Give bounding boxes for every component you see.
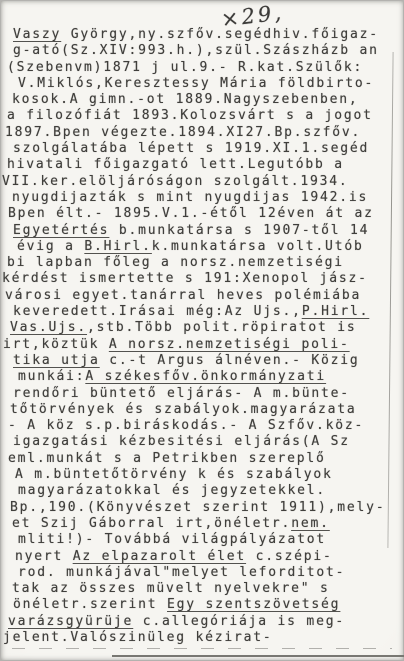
underlined-text: varázsgyürüje	[8, 614, 133, 629]
typewritten-line: eml.munkát s a Petrikben szereplő	[8, 451, 404, 467]
text-segment: bi lapban főleg a norsz.nemzetiségi	[7, 255, 344, 270]
text-segment: jelent.Valószinüleg kézirat-	[3, 630, 273, 645]
text-segment: eml.munkát s a Petrikben szereplő	[8, 451, 326, 466]
text-segment: ,stb.Több polit.röpiratot is	[87, 320, 357, 335]
typewritten-line: Egyetértés b.munkatársa s 1907-től 14	[13, 223, 404, 239]
typewritten-line: Vaszy György,ny.szfőv.segédhiv.főigaz-	[13, 27, 404, 43]
typewritten-line: igazgatási kézbesitési eljárás(A Sz	[13, 434, 404, 450]
text-segment: nyert	[15, 549, 73, 564]
typewritten-line: rendőri büntető eljárás- A m.bünte-	[13, 386, 404, 402]
typewritten-line: bi lapban főleg a norsz.nemzetiségi	[7, 255, 404, 271]
text-segment: irt,köztük	[3, 337, 109, 352]
scan-artifact-dashed-line	[12, 648, 392, 649]
underlined-text: Az elpazarolt élet	[73, 549, 246, 564]
typewritten-line: városi egyet.tanárral heves polémiába	[5, 288, 404, 304]
typewritten-line: nyugdijazták s mint nyugdijas 1942.is	[12, 190, 404, 206]
typewritten-line: Bpen élt.- 1895.V.1.-étől 12éven át az	[8, 206, 404, 222]
typewritten-line: g-ató(Sz.XIV:993.h.),szül.Szászházb an	[13, 43, 404, 59]
underlined-text: Vas.Ujs.	[10, 320, 87, 335]
text-segment: önéletr.szerint	[13, 597, 167, 612]
typewritten-line: tika utja c.-t Argus álnéven.- Közig	[13, 353, 404, 369]
text-segment: rendőri büntető eljárás- A m.bünte-	[13, 386, 350, 401]
typewritten-line: kérdést ismertette s 191:Xenopol jász-	[2, 271, 404, 287]
text-segment: tőtörvények és szabályok.magyarázata	[10, 402, 357, 417]
typewritten-line: (Szebenvm)1871 j ul.9.- R.kat.Szülők:	[7, 60, 404, 76]
underlined-text: A norsz.nemzetiségi poli-	[109, 337, 350, 352]
typewritten-line: magyarázatokkal és jegyzetekkel.	[18, 483, 404, 499]
underlined-text: Vaszy	[13, 27, 61, 42]
text-segment: c.allegóriája is meg-	[133, 614, 345, 629]
text-segment: 1897.Bpen végezte.1894.XI27.Bp.szfőv.	[5, 125, 361, 140]
text-segment: mliti!)- Továbbá világpályázatot	[18, 532, 326, 547]
text-segment: Bpen élt.- 1895.V.1.-étől 12éven át az	[8, 206, 374, 221]
text-segment: városi egyet.tanárral heves polémiába	[5, 288, 361, 303]
document-page: ×29, Vaszy György,ny.szfőv.segédhiv.főig…	[0, 0, 404, 661]
typewritten-line: irt,köztük A norsz.nemzetiségi poli-	[3, 337, 404, 353]
typewritten-line: jelent.Valószinüleg kézirat-	[3, 630, 404, 646]
text-segment: tak az összes müvelt nyelvekre" s	[12, 581, 330, 596]
text-segment: c.-t Argus álnéven.- Közig	[100, 353, 360, 368]
typewritten-text-block: Vaszy György,ny.szfőv.segédhiv.főigaz-g-…	[0, 27, 404, 646]
typewritten-line: et Szij Gáborral irt,önéletr.nem.	[12, 516, 404, 532]
text-segment: V.Miklós,Keresztessy Mária földbirto-	[18, 76, 374, 91]
text-segment: igazgatási kézbesitési eljárás(A Sz	[13, 434, 350, 449]
text-segment: g-ató(Sz.XIV:993.h.),szül.Szászházb an	[13, 43, 379, 58]
underlined-text: P.Hirl.	[302, 304, 369, 319]
text-segment: keveredett.Irásai még:Az Ujs.,	[13, 304, 302, 319]
text-segment: A m.büntetőtörvény k és szabályok	[15, 467, 333, 482]
underlined-text: B.Hirl.	[84, 239, 151, 254]
typewritten-line: A m.büntetőtörvény k és szabályok	[15, 467, 404, 483]
typewritten-line: szolgálatába lépett s 1919.XI.1.segéd	[13, 141, 404, 157]
scan-artifact-bottom-line	[112, 655, 404, 657]
typewritten-line: 1897.Bpen végezte.1894.XI27.Bp.szfőv.	[5, 125, 404, 141]
text-segment: Bp.,190.(Könyvészet szerint 1911),mely-	[10, 500, 385, 515]
typewritten-line: hivatali főigazgató lett.Legutóbb a	[7, 157, 404, 173]
text-segment: - A köz s.p.biráskodás.- A Szfőv.köz-	[8, 418, 364, 433]
text-segment: évig a	[17, 239, 84, 254]
typewritten-line: mliti!)- Továbbá világpályázatot	[18, 532, 404, 548]
text-segment: VII.ker.elöljáróságon szolgált.1934.	[2, 174, 349, 189]
text-segment: (Szebenvm)1871 j ul.9.- R.kat.Szülők:	[7, 60, 363, 75]
typewritten-line: V.Miklós,Keresztessy Mária földbirto-	[18, 76, 404, 92]
typewritten-line: Bp.,190.(Könyvészet szerint 1911),mely-	[10, 500, 404, 516]
text-segment: nyugdijazták s mint nyugdijas 1942.is	[12, 190, 368, 205]
text-segment: rod. munkájával"melyet leforditot-	[18, 565, 345, 580]
text-segment: c.szépi-	[246, 549, 333, 564]
typewritten-line: tőtörvények és szabályok.magyarázata	[10, 402, 404, 418]
typewritten-line: varázsgyürüje c.allegóriája is meg-	[8, 614, 404, 630]
text-segment: magyarázatokkal és jegyzetekkel.	[18, 483, 326, 498]
typewritten-line: VII.ker.elöljáróságon szolgált.1934.	[2, 174, 404, 190]
text-segment: szolgálatába lépett s 1919.XI.1.segéd	[13, 141, 369, 156]
typewritten-line: - A köz s.p.biráskodás.- A Szfőv.köz-	[8, 418, 404, 434]
text-segment: et Szij Gáborral irt,önéletr.	[12, 516, 291, 531]
typewritten-line: munkái:A székesfőv.önkormányzati	[18, 369, 404, 385]
underlined-text: A székesfőv.önkormányzati	[85, 369, 326, 384]
typewritten-line: keveredett.Irásai még:Az Ujs.,P.Hirl.	[13, 304, 404, 320]
typewritten-line: Vas.Ujs.,stb.Több polit.röpiratot is	[10, 320, 404, 336]
text-segment: a filozófiát 1893.Kolozsvárt s a jogot	[7, 108, 373, 123]
text-segment: kosok.A gimn.-ot 1889.Nagyszebenben,	[12, 92, 359, 107]
typewritten-line: tak az összes müvelt nyelvekre" s	[12, 581, 404, 597]
text-segment: munkái:	[18, 369, 85, 384]
text-segment: György,ny.szfőv.segédhiv.főigaz-	[61, 27, 379, 42]
underlined-text: Egy szentszövetség	[167, 597, 340, 612]
text-segment: hivatali főigazgató lett.Legutóbb a	[7, 157, 344, 172]
underlined-text: nem.	[291, 516, 330, 531]
underlined-text: tika utja	[13, 353, 100, 368]
typewritten-line: évig a B.Hirl.k.munkatársa volt.Utób	[17, 239, 404, 255]
typewritten-line: kosok.A gimn.-ot 1889.Nagyszebenben,	[12, 92, 404, 108]
text-segment: b.munkatársa s 1907-től 14	[109, 223, 369, 238]
typewritten-line: a filozófiát 1893.Kolozsvárt s a jogot	[7, 108, 404, 124]
typewritten-line: önéletr.szerint Egy szentszövetség	[13, 597, 404, 613]
typewritten-line: rod. munkájával"melyet leforditot-	[18, 565, 404, 581]
typewritten-line: nyert Az elpazarolt élet c.szépi-	[15, 549, 404, 565]
text-segment: k.munkatársa volt.Utób	[152, 239, 364, 254]
underlined-text: Egyetértés	[13, 223, 109, 238]
text-segment: kérdést ismertette s 191:Xenopol jász-	[2, 271, 368, 286]
